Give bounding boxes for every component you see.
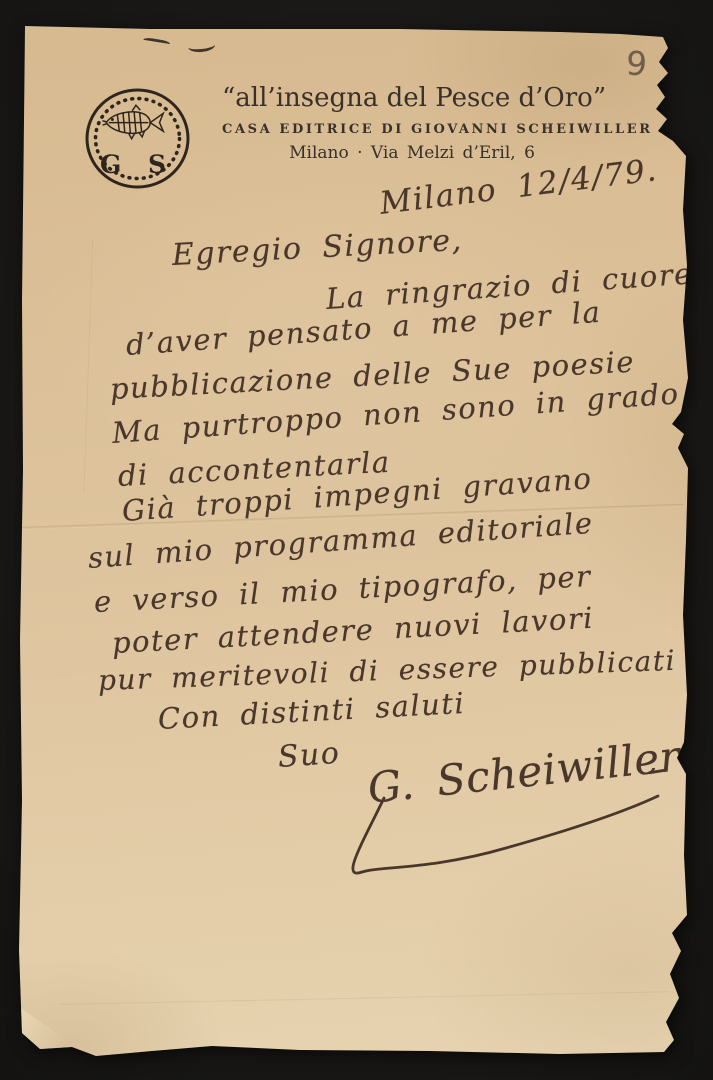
imprint-title: “all’insegna del Pesce d’Oro” — [222, 84, 602, 113]
fish-emblem-icon: G S — [84, 87, 191, 190]
pencil-page-number: 9 — [625, 43, 649, 83]
horizontal-fold-crease — [60, 991, 670, 1006]
vertical-crease — [84, 238, 95, 493]
fish-icon — [102, 105, 163, 138]
salutation-line: Egregio Signore, — [171, 223, 463, 273]
scan-background: 9 — [0, 0, 713, 1080]
valediction-line: Suo — [277, 736, 342, 775]
logo-initials: G S — [100, 150, 175, 179]
paper-shadow-wrap: 9 — [0, 0, 713, 1080]
closing-line: Con distinti saluti — [157, 686, 466, 736]
letter-paper: 9 — [0, 0, 713, 1080]
ink-smudge-mark — [187, 38, 215, 53]
ink-smudge-mark — [143, 37, 171, 48]
corner-fold — [19, 996, 81, 1050]
publisher-logo: G S — [84, 87, 191, 190]
publisher-address: Milano · Via Melzi d’Eril, 6 — [222, 143, 602, 163]
letterhead: “all’insegna del Pesce d’Oro” CASA EDITR… — [222, 84, 602, 163]
publisher-name: CASA EDITRICE DI GIOVANNI SCHEIWILLER — [222, 122, 602, 137]
